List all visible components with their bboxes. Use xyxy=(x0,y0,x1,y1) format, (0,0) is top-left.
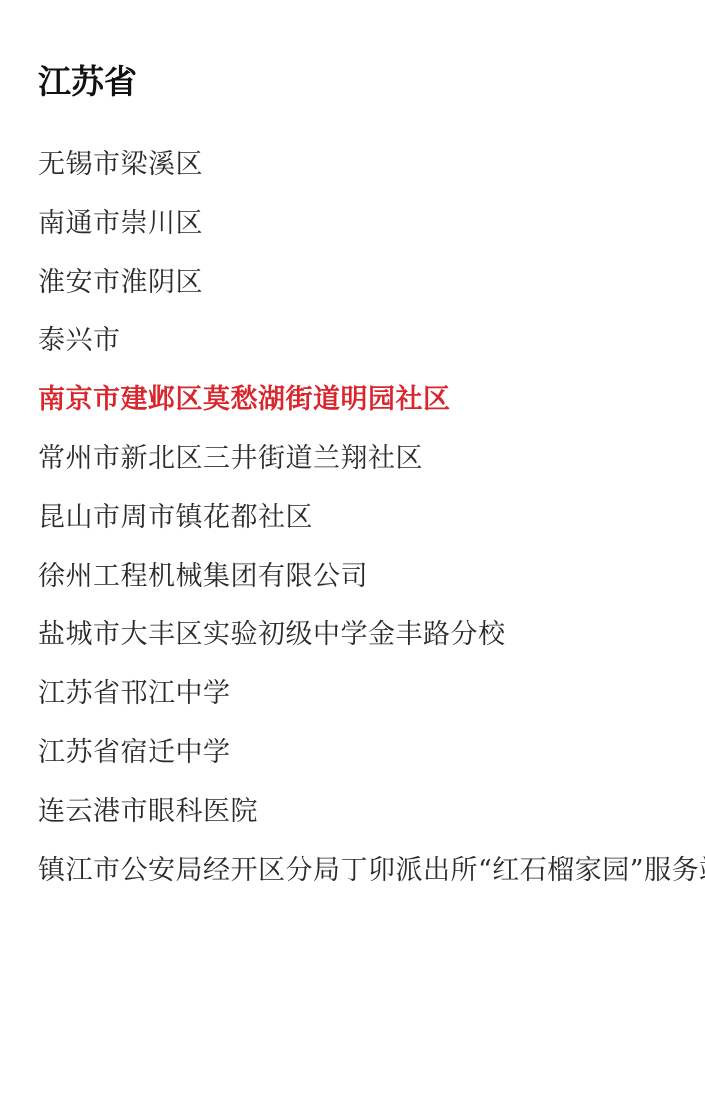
unit-list: 无锡市梁溪区 南通市崇川区 淮安市淮阴区 泰兴市 南京市建邺区莫愁湖街道明园社区… xyxy=(38,140,705,904)
list-item: 无锡市梁溪区 xyxy=(38,140,705,199)
document-page: 江苏省 无锡市梁溪区 南通市崇川区 淮安市淮阴区 泰兴市 南京市建邺区莫愁湖街道… xyxy=(0,0,705,1093)
province-title: 江苏省 xyxy=(38,58,137,106)
list-item: 盐城市大丰区实验初级中学金丰路分校 xyxy=(38,610,705,669)
list-item: 泰兴市 xyxy=(38,316,705,375)
list-item: 江苏省宿迁中学 xyxy=(38,728,705,787)
list-item: 连云港市眼科医院 xyxy=(38,787,705,846)
list-item: 淮安市淮阴区 xyxy=(38,258,705,317)
list-item: 南通市崇川区 xyxy=(38,199,705,258)
list-item: 江苏省邗江中学 xyxy=(38,669,705,728)
list-item-highlighted: 南京市建邺区莫愁湖街道明园社区 xyxy=(38,375,705,434)
list-item: 常州市新北区三井街道兰翔社区 xyxy=(38,434,705,493)
list-item: 徐州工程机械集团有限公司 xyxy=(38,552,705,611)
list-item: 昆山市周市镇花都社区 xyxy=(38,493,705,552)
list-item: 镇江市公安局经开区分局丁卯派出所“红石榴家园”服务站 xyxy=(38,846,705,905)
